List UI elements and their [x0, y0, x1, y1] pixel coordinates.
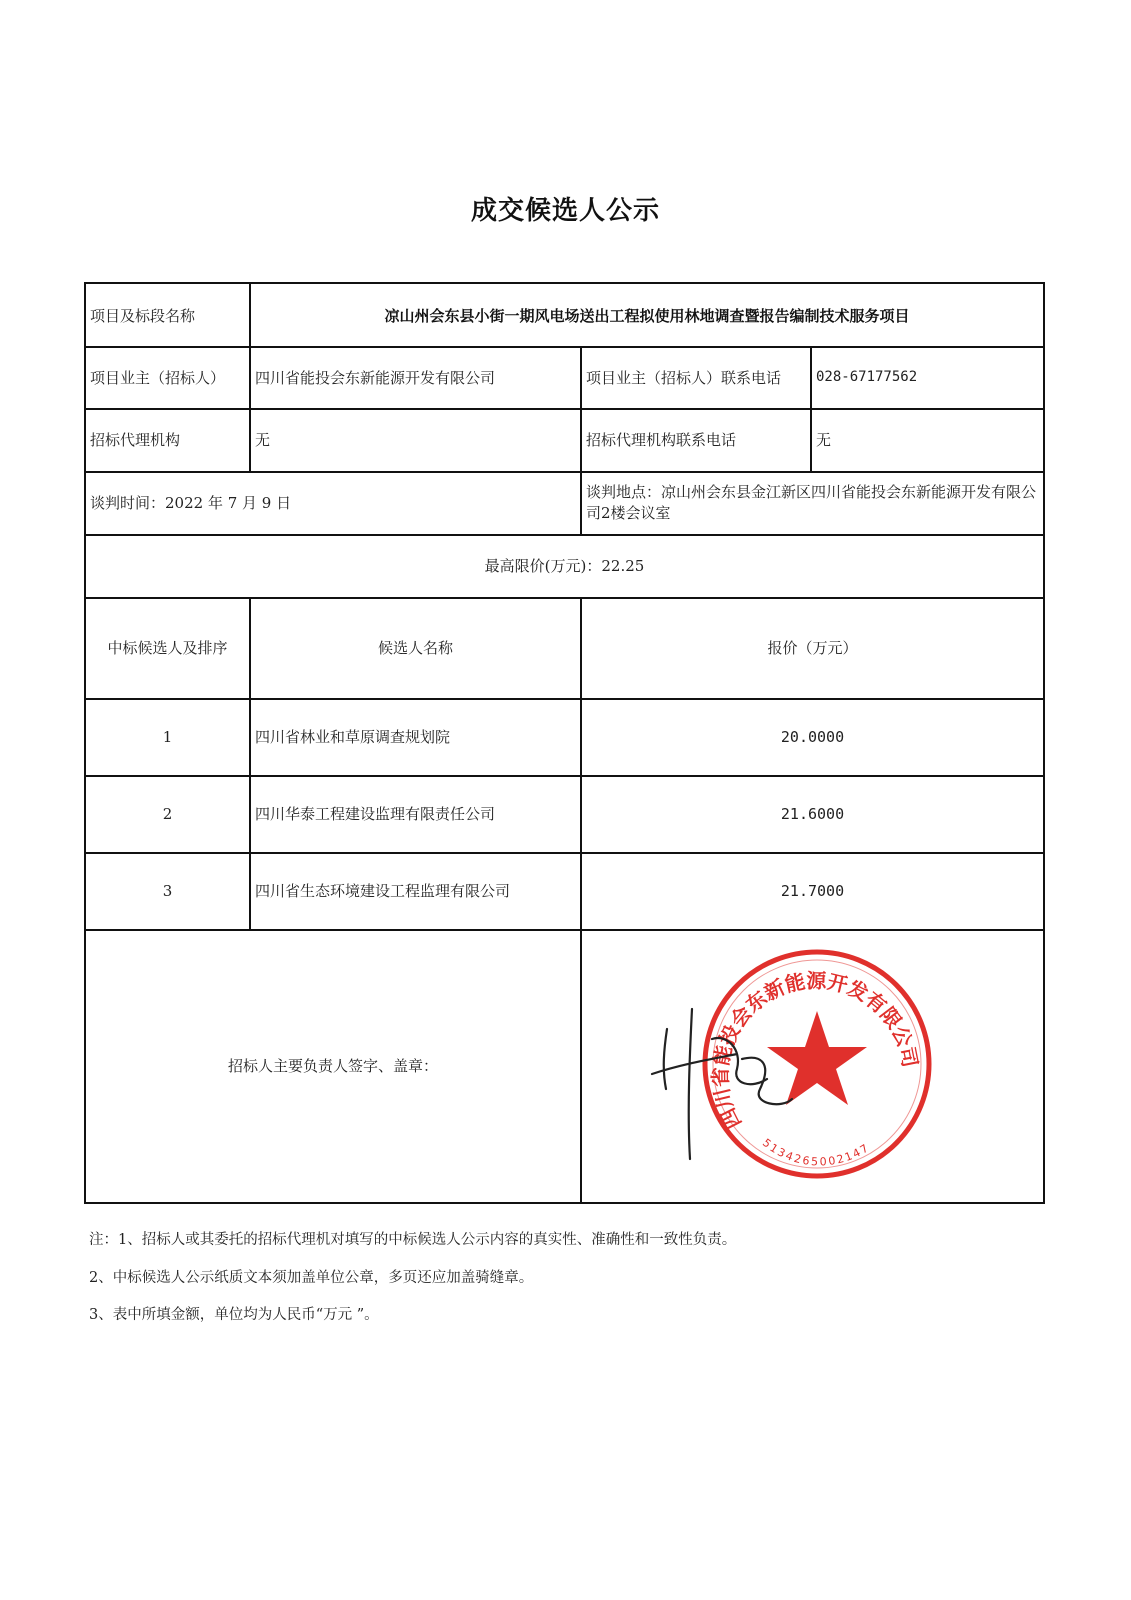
owner-label: 项目业主（招标人）: [86, 346, 249, 408]
owner-phone-value: 028-67177562: [812, 346, 1043, 408]
owner-value: 四川省能投会东新能源开发有限公司: [251, 346, 580, 408]
agency-label: 招标代理机构: [86, 408, 249, 471]
svg-text:5134265002147: 5134265002147: [760, 1136, 872, 1168]
header-rank: 中标候选人及排序: [86, 597, 249, 698]
note-3: 3、表中所填金额，单位均为人民币“万元 ”。: [89, 1303, 379, 1324]
candidate-rank: 2: [86, 775, 249, 852]
negotiation-time: 谈判时间：2022 年 7 月 9 日: [86, 471, 580, 534]
header-price: 报价（万元）: [582, 597, 1043, 698]
header-name: 候选人名称: [251, 597, 580, 698]
max-price: 最高限价(万元)：22.25: [86, 534, 1043, 597]
negotiation-place: 谈判地点：凉山州会东县金江新区四川省能投会东新能源开发有限公司2楼会议室: [582, 471, 1040, 534]
candidate-name: 四川华泰工程建设监理有限责任公司: [251, 775, 580, 852]
candidate-name: 四川省林业和草原调查规划院: [251, 698, 580, 775]
project-name: 凉山州会东县小街一期风电场送出工程拟使用林地调查暨报告编制技术服务项目: [251, 284, 1043, 346]
candidate-price: 20.0000: [582, 698, 1043, 775]
candidate-rank: 3: [86, 852, 249, 929]
candidate-price: 21.6000: [582, 775, 1043, 852]
page-title: 成交候选人公示: [0, 190, 1131, 227]
note-1: 注：1、招标人或其委托的招标代理机对填写的中标候选人公示内容的真实性、准确性和一…: [89, 1228, 736, 1249]
company-seal-icon: 四川省能投会东新能源开发有限公司 5134265002147: [642, 939, 942, 1189]
agency-phone-value: 无: [812, 408, 1043, 471]
candidate-rank: 1: [86, 698, 249, 775]
agency-value: 无: [251, 408, 580, 471]
candidate-price: 21.7000: [582, 852, 1043, 929]
project-label: 项目及标段名称: [86, 284, 249, 346]
signature-area: 四川省能投会东新能源开发有限公司 5134265002147: [582, 929, 1043, 1201]
owner-phone-label: 项目业主（招标人）联系电话: [582, 346, 810, 408]
note-2: 2、中标候选人公示纸质文本须加盖单位公章，多页还应加盖骑缝章。: [89, 1266, 533, 1287]
candidate-name: 四川省生态环境建设工程监理有限公司: [251, 852, 580, 929]
signature-label: 招标人主要负责人签字、盖章：: [86, 929, 580, 1201]
candidate-table: 项目及标段名称 凉山州会东县小街一期风电场送出工程拟使用林地调查暨报告编制技术服…: [84, 282, 1045, 1204]
agency-phone-label: 招标代理机构联系电话: [582, 408, 810, 471]
